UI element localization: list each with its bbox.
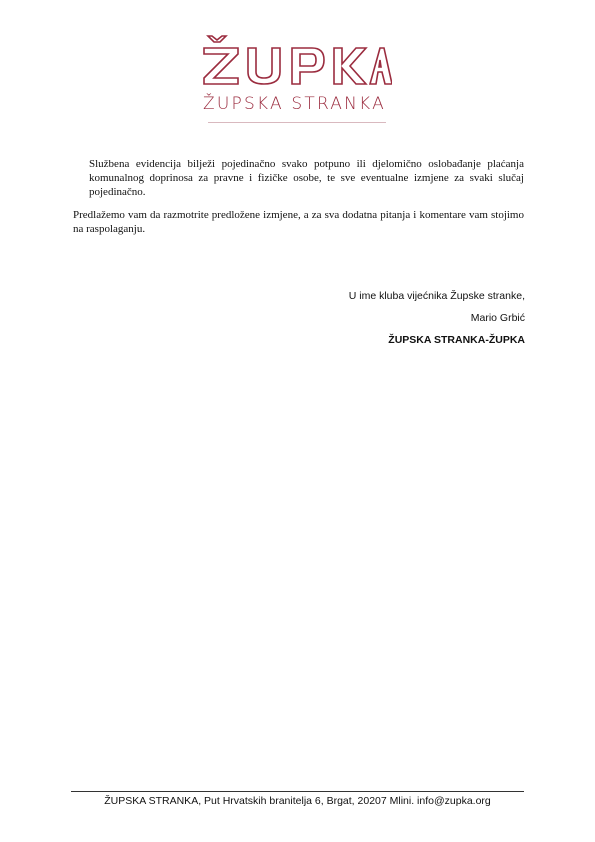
logo-subtitle: ŽUPSKA STRANKA	[203, 94, 393, 114]
signature-salutation: U ime kluba vijećnika Župske stranke,	[349, 290, 525, 302]
footer-address: ŽUPSKA STRANKA, Put Hrvatskih branitelja…	[0, 795, 595, 807]
signature-organization: ŽUPSKA STRANKA-ŽUPKA	[388, 334, 525, 346]
logo-divider	[208, 122, 386, 123]
paragraph-evidence: Službena evidencija bilježi pojedinačno …	[89, 157, 524, 199]
signature-name: Mario Grbić	[471, 312, 525, 324]
paragraph-text: Službena evidencija bilježi pojedinačno …	[89, 157, 524, 199]
paragraph-proposal: Predlažemo vam da razmotrite predložene …	[73, 208, 524, 236]
footer-divider	[71, 791, 524, 792]
paragraph-text: Predlažemo vam da razmotrite predložene …	[73, 208, 524, 236]
